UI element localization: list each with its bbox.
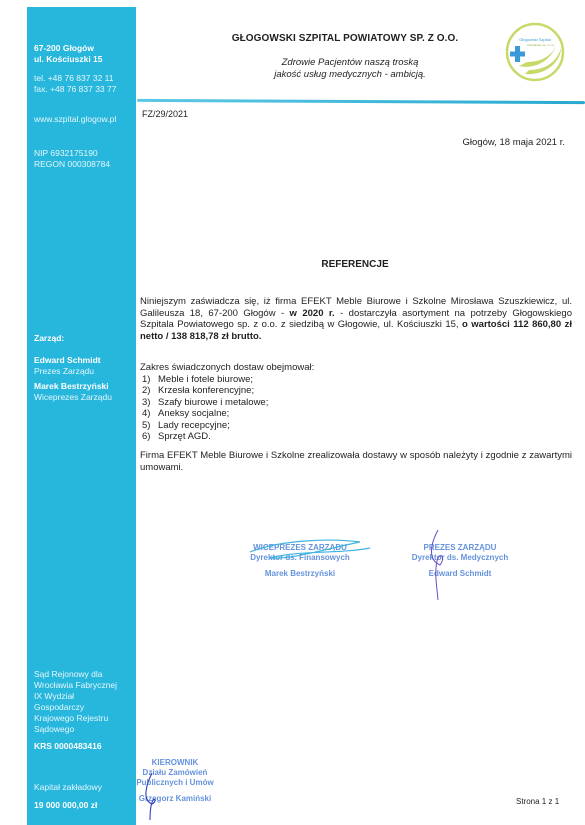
list-item: 1)Meble i fotele biurowe; (140, 374, 314, 386)
court-registry: Sąd Rejonowy dla Wrocławia Fabrycznej IX… (34, 669, 134, 735)
list-item: 2)Krzesła konferencyjne; (140, 385, 314, 397)
reference-number: FZ/29/2021 (142, 109, 188, 119)
list-item: 5)Lady recepcyjne; (140, 420, 314, 432)
document-title: REFERENCJE (280, 259, 430, 270)
closing-paragraph: Firma EFEKT Meble Biurowe i Szkolne zrea… (140, 450, 572, 473)
krs-number: KRS 0000483416 (34, 741, 134, 752)
phone-block: tel. +48 76 837 32 11 fax. +48 76 837 33… (34, 73, 134, 95)
address-line2: ul. Kościuszki 15 (34, 54, 134, 65)
scope-heading: Zakres świadczonych dostaw obejmował: (140, 362, 314, 374)
sidebar-contact-panel: 67-200 Głogów ul. Kościuszki 15 tel. +48… (27, 7, 136, 825)
svg-text:Głogowski Szpital: Głogowski Szpital (519, 37, 551, 42)
company-motto: Zdrowie Pacjentów naszą troską jakość us… (200, 57, 500, 81)
address: 67-200 Głogów ul. Kościuszki 15 (34, 43, 134, 65)
svg-text:Powiatowy sp. z o.o.: Powiatowy sp. z o.o. (527, 43, 555, 47)
address-line1: 67-200 Głogów (34, 43, 134, 54)
company-name: GŁOGOWSKI SZPITAL POWIATOWY SP. Z O.O. (200, 33, 490, 44)
board-member-role: Prezes Zarządu (34, 366, 134, 377)
regon: REGON 000308784 (34, 159, 134, 170)
court-line: Krajowego Rejestru (34, 713, 134, 724)
court-line: Gospodarczy (34, 702, 134, 713)
hospital-logo-icon: Głogowski Szpital Powiatowy sp. z o.o. (505, 22, 565, 82)
list-item: 4)Aneksy socjalne; (140, 408, 314, 420)
tel: tel. +48 76 837 32 11 (34, 73, 134, 84)
court-line: IX Wydział (34, 691, 134, 702)
list-item: 6)Sprzęt AGD. (140, 431, 314, 443)
board-heading: Zarząd: (34, 333, 134, 344)
nip: NIP 6932175190 (34, 148, 134, 159)
place-and-date: Głogów, 18 maja 2021 r. (463, 137, 565, 148)
board-member-role: Wiceprezes Zarządu (34, 392, 134, 403)
header-divider (137, 99, 585, 104)
stamp-president: PREZES ZARZĄDU Dyrektor ds. Medycznych E… (400, 543, 520, 579)
list-item: 3)Szafy biurowe i metalowe; (140, 397, 314, 409)
board-member-name: Marek Bestrzyński (34, 381, 134, 392)
motto-line2: jakość usług medycznych - ambicją. (200, 69, 500, 81)
court-line: Sąd Rejonowy dla (34, 669, 134, 680)
fax: fax. +48 76 837 33 77 (34, 84, 134, 95)
scope-list: 1)Meble i fotele biurowe; 2)Krzesła konf… (140, 374, 314, 443)
court-line: Sądowego (34, 724, 134, 735)
board-member-2: Marek Bestrzyński Wiceprezes Zarządu (34, 381, 134, 403)
board-member-name: Edward Schmidt (34, 355, 134, 366)
motto-line1: Zdrowie Pacjentów naszą troską (200, 57, 500, 69)
intro-paragraph: Niniejszym zaświadcza się, iż firma EFEK… (140, 296, 572, 342)
stamp-procurement-head: KIEROWNIK Działu Zamówień Publicznych i … (110, 758, 240, 804)
registry-ids: NIP 6932175190 REGON 000308784 (34, 148, 134, 170)
website-link[interactable]: www.szpital.glogow.pl (34, 114, 134, 125)
delivery-scope: Zakres świadczonych dostaw obejmował: 1)… (140, 362, 314, 443)
court-line: Wrocławia Fabrycznej (34, 680, 134, 691)
stamp-vice-president: WICEPREZES ZARZĄDU Dyrektor ds. Finansow… (235, 543, 365, 579)
page-number: Strona 1 z 1 (516, 797, 559, 806)
board-member-1: Edward Schmidt Prezes Zarządu (34, 355, 134, 377)
